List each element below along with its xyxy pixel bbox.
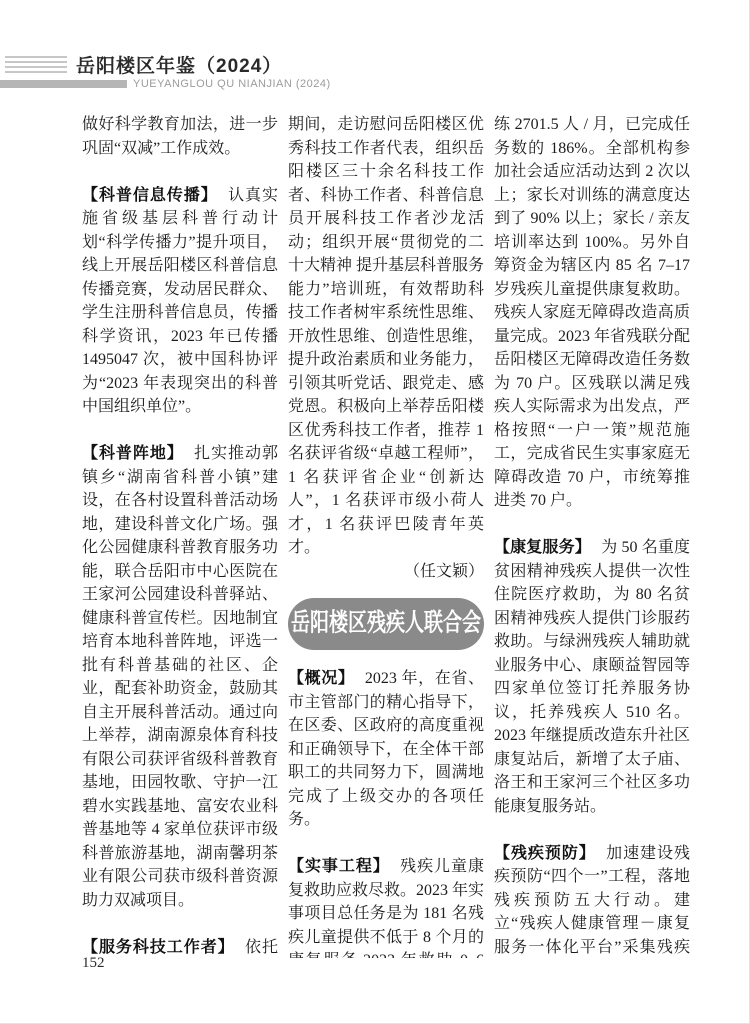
paragraph: 【概况】2023 年，在省、市主管部门的精心指导下，在区委、区政府的高度重视和正… (288, 667, 484, 832)
entry-body: 扎实推动郭镇乡“湖南省科普小镇”建设，在各村设置科普活动场地，建设科普文化广场。… (82, 445, 278, 909)
decor-stripe (5, 56, 67, 58)
decor-stripe (5, 61, 67, 63)
entry-head: 【康复服务】 (494, 539, 591, 556)
entry-head: 【残疾预防】 (494, 845, 596, 862)
column-right: 练 2701.5 人 / 月，已完成任务数的 186%。全部机构参加社会适应活动… (494, 113, 690, 958)
entry-body: 期间，走访慰问岳阳楼区优秀科技工作者代表，组织岳阳楼区三十余名科技工作者、科协工… (288, 116, 484, 556)
entry-head: 【科普信息传播】 (82, 187, 218, 204)
paragraph: 做好科学教育加法，进一步巩固“双减”工作成效。 (82, 113, 278, 160)
entry-body: 练 2701.5 人 / 月，已完成任务数的 186%。全部机构参加社会适应活动… (494, 116, 690, 509)
header-decor-stripes (5, 56, 67, 73)
entry-head: 【服务科技工作者】 (82, 939, 235, 956)
decor-stripe (5, 71, 67, 73)
entry-head: 【科普阵地】 (82, 445, 184, 462)
entry-head: 【实事工程】 (288, 858, 390, 875)
section-banner: 岳阳楼区残疾人联合会 (288, 598, 484, 650)
column-left: 做好科学教育加法，进一步巩固“双减”工作成效。 【科普信息传播】认真实施省级基层… (82, 113, 278, 958)
paragraph: 【实事工程】残疾儿童康复救助应救尽救。2023 年实事项目总任务是为 181 名… (288, 855, 484, 958)
author-signature: （任文颖） (288, 560, 484, 584)
paragraph: 【科普信息传播】认真实施省级基层科普行动计划“科学传播力”提升项目，线上开展岳阳… (82, 184, 278, 419)
page-title: 岳阳楼区年鉴（2024） (76, 51, 282, 78)
column-middle: 期间，走访慰问岳阳楼区优秀科技工作者代表，组织岳阳楼区三十余名科技工作者、科协工… (288, 113, 484, 958)
entry-body: 认真实施省级基层科普行动计划“科学传播力”提升项目，线上开展岳阳楼区科普信息传播… (82, 187, 278, 416)
paragraph: 期间，走访慰问岳阳楼区优秀科技工作者代表，组织岳阳楼区三十余名科技工作者、科协工… (288, 113, 484, 560)
paragraph: 【服务科技工作者】依托市科协阵地成立岳阳楼区科技工作者之家，全国科技工作者日 (82, 936, 278, 959)
entry-body: 做好科学教育加法，进一步巩固“双减”工作成效。 (82, 116, 278, 157)
page-header: 岳阳楼区年鉴（2024） YUEYANGLOU QU NIANJIAN (202… (0, 52, 749, 90)
yearbook-page: 岳阳楼区年鉴（2024） YUEYANGLOU QU NIANJIAN (202… (0, 0, 750, 1024)
paragraph: 【康复服务】为 50 名重度贫困精神残疾人提供一次性住院医疗救助，为 80 名贫… (494, 536, 690, 818)
content-columns: 做好科学教育加法，进一步巩固“双减”工作成效。 【科普信息传播】认真实施省级基层… (82, 113, 690, 958)
entry-body: 2023 年，在省、市主管部门的精心指导下，在区委、区政府的高度重视和正确领导下… (288, 670, 484, 828)
paragraph: 【科普阵地】扎实推动郭镇乡“湖南省科普小镇”建设，在各村设置科普活动场地，建设科… (82, 442, 278, 912)
decor-stripe (5, 66, 67, 68)
page-number: 152 (82, 955, 105, 972)
header-decor-bar (0, 80, 127, 88)
section-banner-title: 岳阳楼区残疾人联合会 (291, 609, 481, 640)
page-subtitle: YUEYANGLOU QU NIANJIAN (2024) (133, 78, 331, 90)
paragraph: 【残疾预防】加速建设残疾预防“四个一”工程，落地残疾预防五大行动。建立“残疾人健… (494, 842, 690, 959)
paragraph: 练 2701.5 人 / 月，已完成任务数的 186%。全部机构参加社会适应活动… (494, 113, 690, 513)
entry-body: 为 50 名重度贫困精神残疾人提供一次性住院医疗救助，为 80 名贫困精神残疾人… (494, 539, 690, 815)
entry-head: 【概况】 (288, 670, 354, 687)
